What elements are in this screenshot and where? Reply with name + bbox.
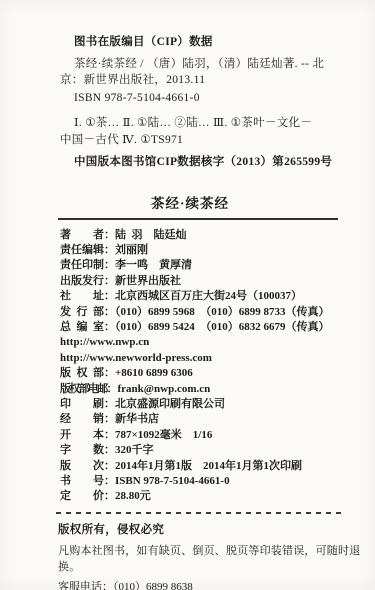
cip-isbn: ISBN 978-7-5104-4661-0 [60,90,361,107]
print-supervisor-label: 责任印制： [60,259,115,271]
address-value: 北京西城区百万庄大街24号（100037） [115,290,302,302]
distributor-value: 新华书店 [115,413,159,425]
copyright-email-value: frank@nwp.com.cn [118,383,211,395]
edition-row: 版 次：2014年1月第1版 2014年1月第1次印刷 [60,459,361,474]
copyright-warning: 版权所有，侵权必究 [58,521,361,537]
editor-value: 刘丽刚 [115,244,148,256]
format-row: 开 本：787×1092毫米 1/16 [60,428,361,443]
return-policy: 凡购本社图书，如有缺页、倒页、脱页等印装错误，可随时退换。 [58,542,361,574]
service-phone: 客服电话：（010）6899 8638 [58,578,361,590]
author-row: 著 者：陆 羽 陆廷灿 [60,228,361,243]
cip-heading: 图书在版编目（CIP）数据 [60,34,361,51]
author-label: 著 者： [60,229,115,241]
website-url-primary: http://www.nwp.cn [60,335,361,350]
dashed-divider [56,512,342,514]
distribution-dept-row: 发 行 部：（010）6899 5968 （010）6899 8733（传真） [60,305,361,320]
distributor-label: 经 销： [60,413,115,425]
book-title: 茶经·续茶经 [50,192,330,212]
editor-label: 责任编辑： [60,244,115,256]
edition-value: 2014年1月第1版 2014年1月第1次印刷 [115,460,302,472]
publisher-value: 新世界出版社 [115,275,181,287]
website-url-secondary-text: http://www.newworld-press.com [60,352,212,364]
price-row: 定 价：28.80元 [60,489,361,504]
print-supervisor-row: 责任印制：李一鸣 黄厚清 [60,258,361,273]
address-label: 社 址： [60,290,115,302]
book-isbn-label: 书 号： [60,475,115,487]
book-isbn-row: 书 号：ISBN 978-7-5104-4661-0 [60,474,361,489]
print-supervisor-value: 李一鸣 黄厚清 [115,259,192,271]
price-value: 28.80元 [115,490,151,502]
publisher-label: 出版发行： [60,275,115,287]
editorial-office-value: （010）6899 5424 （010）6832 6679（传真） [115,321,330,333]
book-isbn-value: ISBN 978-7-5104-4661-0 [115,475,230,487]
publisher-row: 出版发行：新世界出版社 [60,274,361,289]
distributor-row: 经 销：新华书店 [60,412,361,427]
format-value: 787×1092毫米 1/16 [115,429,212,441]
print-house-row: 印 刷：北京盛源印刷有限公司 [60,397,361,412]
cip-data-block: 图书在版编目（CIP）数据 茶经·续茶经 / （唐）陆羽，（清）陆廷灿著. --… [60,34,361,171]
website-url-primary-text: http://www.nwp.cn [60,336,149,348]
distribution-dept-label: 发 行 部： [60,306,115,318]
word-count-value: 320千字 [115,444,154,456]
publication-details: 著 者：陆 羽 陆廷灿 责任编辑：刘丽刚 责任印制：李一鸣 黄厚清 出版发行：新… [60,228,361,505]
cip-record-line-2: 京：新世界出版社，2013.11 [60,72,361,89]
website-url-secondary: http://www.newworld-press.com [60,351,361,366]
price-label: 定 价： [60,490,115,502]
copyright-dept-row: 版 权 部：+8610 6899 6306 [60,366,361,381]
print-house-value: 北京盛源印刷有限公司 [115,398,225,410]
copyright-dept-value: +8610 6899 6306 [115,367,193,379]
word-count-label: 字 数： [60,444,115,456]
editor-row: 责任编辑：刘丽刚 [60,243,361,258]
word-count-row: 字 数：320千字 [60,443,361,458]
editorial-office-row: 总 编 室：（010）6899 5424 （010）6832 6679（传真） [60,320,361,335]
copyright-dept-label: 版 权 部： [60,367,115,379]
cip-classification-line-2: 中国－古代 Ⅳ. ①TS971 [60,132,361,149]
book-colophon-page: 图书在版编目（CIP）数据 茶经·续茶经 / （唐）陆羽，（清）陆廷灿著. --… [0,0,375,590]
copyright-email-label: 版权部电邮： [60,383,116,395]
format-label: 开 本： [60,429,115,441]
title-divider-rule [58,218,338,220]
copyright-email-row: 版权部电邮：frank@nwp.com.cn [60,382,361,397]
author-value: 陆 羽 陆廷灿 [115,229,187,241]
cip-registry-number: 中国版本图书馆CIP数据核字（2013）第265599号 [60,154,361,171]
cip-record-line-1: 茶经·续茶经 / （唐）陆羽，（清）陆廷灿著. -- 北 [60,56,361,73]
cip-classification-line-1: Ⅰ. ①茶… Ⅱ. ①陆… ②陆… Ⅲ. ①茶叶－文化－ [60,115,361,132]
address-row: 社 址：北京西城区百万庄大街24号（100037） [60,289,361,304]
footer-notice-block: 版权所有，侵权必究 凡购本社图书，如有缺页、倒页、脱页等印装错误，可随时退换。 … [58,521,361,590]
distribution-dept-value: （010）6899 5968 （010）6899 8733（传真） [115,306,330,318]
print-house-label: 印 刷： [60,398,115,410]
editorial-office-label: 总 编 室： [60,321,115,333]
edition-label: 版 次： [60,460,115,472]
